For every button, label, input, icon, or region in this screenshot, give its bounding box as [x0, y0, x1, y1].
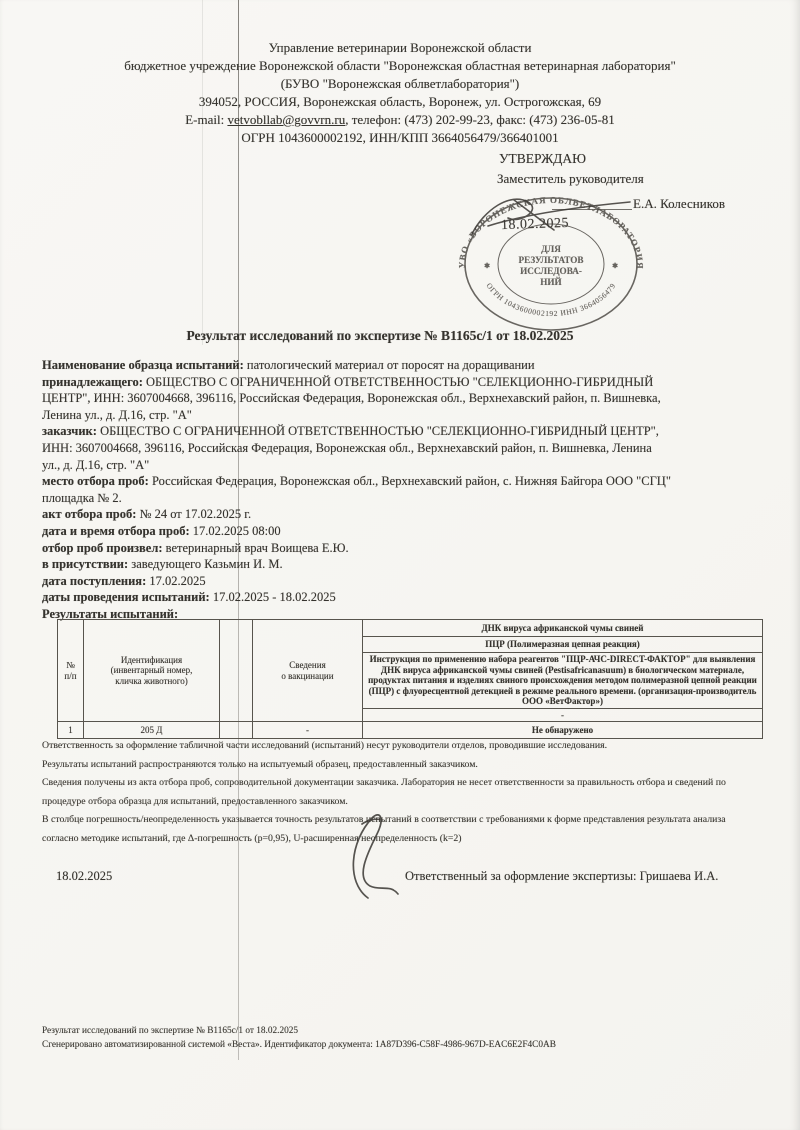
col-header-vaccination: Сведения о вакцинации [253, 620, 363, 722]
method-short-cell: ПЦР (Полимеразная цепная реакция) [363, 637, 763, 653]
footer-generated-by: Сгенерировано автоматизированной системо… [42, 1040, 556, 1050]
table-row: 1 205 Д - Не обнаружено [58, 722, 763, 739]
col-header-identification: Идентификация (инвентарный номер, кличка… [84, 620, 220, 722]
body-line: ИНН: 3607004668, 396116, Российская Феде… [42, 440, 766, 457]
body-line: акт отбора проб: № 24 от 17.02.2025 г. [42, 506, 766, 523]
responsible-person-line: Ответственный за оформление экспертизы: … [405, 869, 718, 884]
row-empty-cell [220, 722, 253, 739]
col-header-empty [220, 620, 253, 722]
footnote-line: Сведения получены из акта отбора проб, с… [42, 774, 766, 793]
body-line: дата и время отбора проб: 17.02.2025 08:… [42, 523, 766, 540]
org-authority-line: Управление ветеринарии Воронежской облас… [0, 40, 800, 56]
stamp-center-line3: ИССЛЕДОВА- [520, 266, 582, 276]
scanned-document-page: Управление ветеринарии Воронежской облас… [0, 0, 800, 1130]
stamp-center-line4: НИЙ [540, 277, 561, 287]
body-line: в присутствии: заведующего Казьмин И. М. [42, 556, 766, 573]
phone-fax-text: , телефон: (473) 202-99-23, факс: (473) … [345, 112, 615, 127]
stamp-center-line2: РЕЗУЛЬТАТОВ [518, 255, 583, 265]
footnote-line: Результаты испытаний распространяются то… [42, 756, 766, 775]
body-line: даты проведения испытаний: 17.02.2025 - … [42, 589, 766, 606]
row-result-cell: Не обнаружено [363, 722, 763, 739]
org-contacts-line: E-mail: vetvobllab@govvrn.ru, телефон: (… [0, 112, 800, 128]
responsible-signature [322, 806, 417, 906]
body-line: площадка № 2. [42, 490, 766, 507]
stamp-center-line1: ДЛЯ [541, 244, 561, 254]
row-vaccination-cell: - [253, 722, 363, 739]
org-address-line: 394052, РОССИЯ, Воронежская область, Вор… [0, 94, 800, 110]
method-full-cell: Инструкция по применению набора реагенто… [363, 653, 763, 709]
body-line: отбор проб произвел: ветеринарный врач В… [42, 540, 766, 557]
sample-details-text: Наименование образца испытаний: патологи… [42, 357, 766, 623]
approve-word: УТВЕРЖДАЮ [499, 151, 586, 167]
body-line: Наименование образца испытаний: патологи… [42, 357, 766, 374]
body-line: ул., д. Д.16, стр. "А" [42, 457, 766, 474]
body-line: ЦЕНТР", ИНН: 3607004668, 396116, Российс… [42, 390, 766, 407]
email-address: vetvobllab@govvrn.ru [227, 112, 345, 127]
row-id-cell: 205 Д [84, 722, 220, 739]
footnote-line: Ответственность за оформление табличной … [42, 737, 766, 756]
col-header-num: № п/п [58, 620, 84, 722]
stamp-star-left-icon: ✱ [484, 262, 490, 270]
email-label: E-mail: [185, 112, 227, 127]
body-line: Ленина ул., д. Д.16, стр. "А" [42, 407, 766, 424]
test-name-cell: ДНК вируса африканской чумы свиней [363, 620, 763, 637]
body-line: заказчик: ОБЩЕСТВО С ОГРАНИЧЕННОЙ ОТВЕТС… [42, 423, 766, 440]
body-line: принадлежащего: ОБЩЕСТВО С ОГРАНИЧЕННОЙ … [42, 374, 766, 391]
org-short-name-line: (БУВО "Воронежская облветлаборатория") [0, 76, 800, 92]
body-line: место отбора проб: Российская Федерация,… [42, 473, 766, 490]
org-ogrn-inn-line: ОГРН 1043600002192, ИНН/КПП 3664056479/3… [0, 130, 800, 146]
row-num-cell: 1 [58, 722, 84, 739]
results-table: № п/п Идентификация (инвентарный номер, … [57, 619, 763, 739]
org-name-line: бюджетное учреждение Воронежской области… [0, 58, 800, 74]
approver-signature [458, 182, 643, 244]
footer-expertise-ref: Результат исследований по экспертизе № В… [42, 1026, 298, 1036]
norm-cell: - [363, 708, 763, 722]
signing-date: 18.02.2025 [56, 869, 112, 884]
document-title: Результат исследований по экспертизе № В… [0, 328, 760, 344]
body-line: дата поступления: 17.02.2025 [42, 573, 766, 590]
stamp-star-right-icon: ✱ [612, 262, 618, 270]
